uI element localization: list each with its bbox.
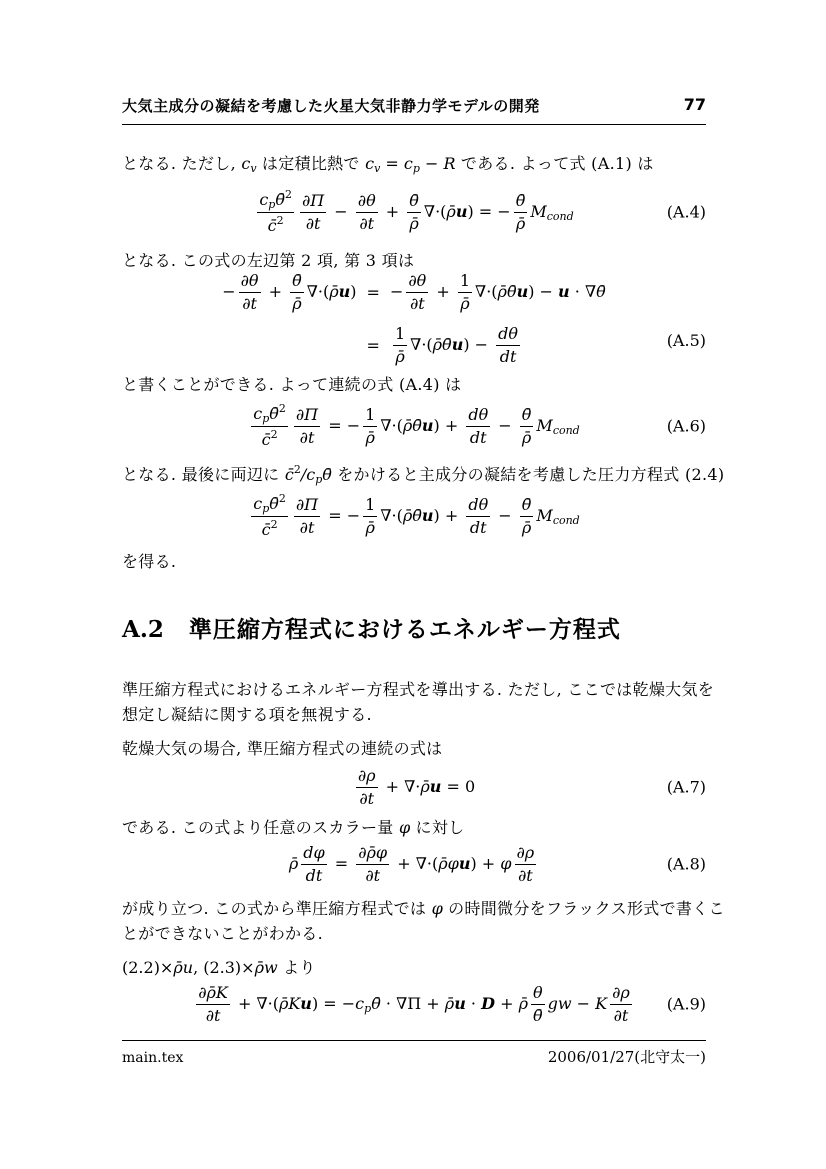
equation-body: ρ̄dφdt = ∂ρ̄φ∂t + ∇·(ρ̄φu) + φ∂ρ∂t	[289, 843, 539, 886]
equation-body: cpθ̄2c̄2∂Π∂t − ∂θ∂t + θ̄ρ̄∇·(ρ̄u) = −θ̄ρ…	[254, 188, 573, 237]
running-head-title: 大気主成分の凝結を考慮した火星大気非静力学モデルの開発	[122, 95, 540, 116]
equation-a5: −∂θ∂t + θ̄ρ̄∇·(ρ̄u) = −∂θ∂t + 1ρ̄∇·(ρ̄θ̄…	[122, 272, 706, 366]
equation-number: (A.5)	[667, 331, 706, 350]
equation-rhs: −∂θ∂t + 1ρ̄∇·(ρ̄θ̄u) − u · ∇θ̄	[390, 266, 606, 319]
paragraph-5: を得る.	[122, 549, 712, 574]
equation-a6: cpθ̄2c̄2∂Π∂t = −1ρ̄∇·(ρ̄θ̄u) + dθdt − θ̄…	[122, 400, 706, 452]
paragraph-4: となる. 最後に両辺に c̄2/cpθ̄ をかけると主成分の凝結を考慮した圧力方…	[122, 457, 712, 492]
equation-a9: ∂ρ̄K∂t + ∇·(ρ̄Ku) = −cpθ̄ · ∇Π + ρ̄u · D…	[122, 980, 706, 1028]
aligned-equation: −∂θ∂t + θ̄ρ̄∇·(ρ̄u) = −∂θ∂t + 1ρ̄∇·(ρ̄θ̄…	[222, 266, 606, 372]
equation-body: cpθ̄2c̄2∂Π∂t = −1ρ̄∇·(ρ̄θ̄u) + dθdt − θ̄…	[248, 402, 579, 451]
equals-sign: =	[357, 266, 390, 319]
equation-a7: ∂ρ∂t + ∇·ρ̄u = 0 (A.7)	[122, 764, 706, 810]
text-line: とができないことがわかる.	[122, 921, 712, 946]
text-line: が成り立つ. この式から準圧縮方程式では φ の時間微分をフラックス形式で書くこ	[122, 896, 712, 921]
page-number: 77	[684, 95, 706, 114]
paragraph-3: と書くことができる. よって連続の式 (A.4) は	[122, 372, 712, 397]
equation-number: (A.9)	[667, 995, 706, 1014]
equation-number: (A.7)	[667, 778, 706, 797]
text-line: (2.2)×ρ̄u, (2.3)×ρ̄w より	[122, 955, 712, 980]
equals-sign: =	[357, 319, 390, 372]
equation-lhs: −∂θ∂t + θ̄ρ̄∇·(ρ̄u)	[222, 266, 356, 319]
paragraph-1: となる. ただし, cv は定積比熱で cv = cp − R である. よって…	[122, 151, 712, 181]
equation-number: (A.8)	[667, 855, 706, 874]
text-line: 乾燥大気の場合, 準圧縮方程式の連続の式は	[122, 736, 712, 761]
text-line: 準圧縮方程式におけるエネルギー方程式を導出する. ただし, ここでは乾燥大気を	[122, 677, 712, 702]
text-line: 想定し凝結に関する項を無視する.	[122, 702, 712, 727]
equation-body: ∂ρ̄K∂t + ∇·(ρ̄Ku) = −cpθ̄ · ∇Π + ρ̄u · D…	[193, 983, 635, 1026]
equation-number: (A.6)	[667, 417, 706, 436]
text-line: となる. 最後に両辺に c̄2/cpθ̄ をかけると主成分の凝結を考慮した圧力方…	[122, 457, 712, 492]
paragraph-9: が成り立つ. この式から準圧縮方程式では φ の時間微分をフラックス形式で書くこ…	[122, 896, 712, 946]
text-line: と書くことができる. よって連続の式 (A.4) は	[122, 372, 712, 397]
equation-body: cpθ̄2c̄2∂Π∂t = −1ρ̄∇·(ρ̄θ̄u) + dθdt − θ̄…	[248, 492, 579, 541]
text-line: を得る.	[122, 549, 712, 574]
equation-a8: ρ̄dφdt = ∂ρ̄φ∂t + ∇·(ρ̄φu) + φ∂ρ∂t (A.8)	[122, 841, 706, 887]
equation-rhs: 1ρ̄∇·(ρ̄θ̄u) − dθdt	[390, 319, 606, 372]
page-footer: main.tex 2006/01/27(北守太一)	[122, 1040, 706, 1067]
page-header: 大気主成分の凝結を考慮した火星大気非静力学モデルの開発 77	[122, 95, 706, 125]
document-page: 大気主成分の凝結を考慮した火星大気非静力学モデルの開発 77 となる. ただし,…	[0, 0, 826, 1169]
section-title: 準圧縮方程式におけるエネルギー方程式	[189, 611, 621, 644]
paragraph-8: である. この式より任意のスカラー量 φ に対し	[122, 815, 712, 840]
paragraph-6: 準圧縮方程式におけるエネルギー方程式を導出する. ただし, ここでは乾燥大気を …	[122, 677, 712, 727]
equation-lhs	[222, 319, 356, 372]
equation-unnumbered: cpθ̄2c̄2∂Π∂t = −1ρ̄∇·(ρ̄θ̄u) + dθdt − θ̄…	[122, 490, 706, 542]
equation-body: ∂ρ∂t + ∇·ρ̄u = 0	[353, 766, 475, 809]
equation-number: (A.4)	[667, 203, 706, 222]
equation-a4: cpθ̄2c̄2∂Π∂t − ∂θ∂t + θ̄ρ̄∇·(ρ̄u) = −θ̄ρ…	[122, 186, 706, 238]
footer-filename: main.tex	[122, 1050, 183, 1066]
section-number: A.2	[122, 616, 164, 643]
text-line: となる. ただし, cv は定積比熱で cv = cp − R である. よって…	[122, 151, 712, 181]
paragraph-7: 乾燥大気の場合, 準圧縮方程式の連続の式は	[122, 736, 712, 761]
paragraph-10: (2.2)×ρ̄u, (2.3)×ρ̄w より	[122, 955, 712, 980]
section-heading: A.2 準圧縮方程式におけるエネルギー方程式	[122, 611, 706, 644]
text-line: である. この式より任意のスカラー量 φ に対し	[122, 815, 712, 840]
footer-date-author: 2006/01/27(北守太一)	[548, 1046, 706, 1067]
